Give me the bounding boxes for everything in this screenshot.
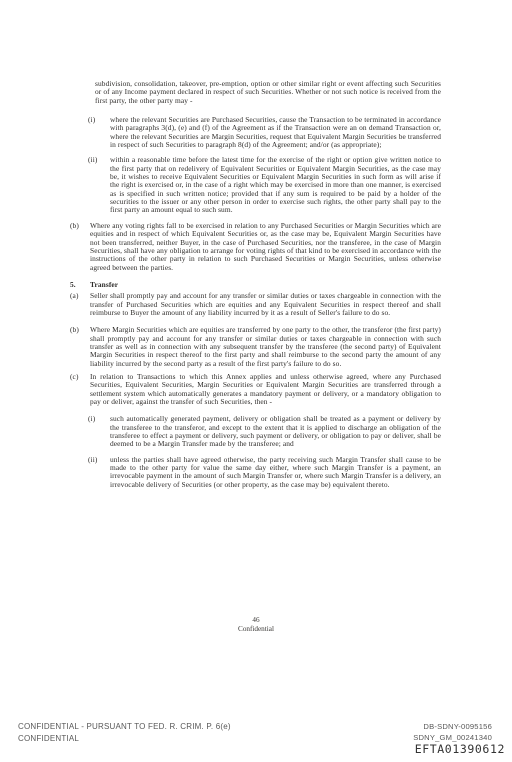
document-body: subdivision, consolidation, takeover, pr… bbox=[70, 80, 441, 496]
item-marker: (c) bbox=[70, 373, 79, 381]
clause-5-item-c: (c) In relation to Transactions to which… bbox=[70, 373, 441, 406]
item-text: Seller shall promptly pay and account fo… bbox=[90, 291, 441, 317]
clause-5-heading: 5. Transfer bbox=[70, 281, 441, 289]
item-text: Where any voting rights fall to be exerc… bbox=[90, 221, 441, 272]
footer-confidential-line1: CONFIDENTIAL - PURSUANT TO FED. R. CRIM.… bbox=[18, 721, 231, 733]
clause-5-item-b: (b) Where Margin Securities which are eq… bbox=[70, 326, 441, 368]
item-text: such automatically generated payment, de… bbox=[110, 414, 441, 448]
footer-confidential-block: CONFIDENTIAL - PURSUANT TO FED. R. CRIM.… bbox=[18, 721, 231, 744]
page-number: 46 bbox=[0, 616, 512, 625]
item-marker: (ii) bbox=[88, 456, 97, 464]
clause-5-item-a: (a) Seller shall promptly pay and accoun… bbox=[70, 292, 441, 317]
clause-5c-subitem-i: (i) such automatically generated payment… bbox=[70, 415, 441, 448]
section-title: Transfer bbox=[90, 280, 118, 289]
item-marker: (i) bbox=[88, 116, 95, 124]
section-number: 5. bbox=[70, 281, 76, 289]
item-marker: (b) bbox=[70, 222, 79, 230]
clause-5c-subitem-ii: (ii) unless the parties shall have agree… bbox=[70, 456, 441, 489]
item-text: In relation to Transactions to which thi… bbox=[90, 372, 441, 406]
item-marker: (b) bbox=[70, 326, 79, 334]
item-marker: (i) bbox=[88, 415, 95, 423]
item-marker: (ii) bbox=[88, 156, 97, 164]
clause-4-item-b: (b) Where any voting rights fall to be e… bbox=[70, 222, 441, 272]
item-text: unless the parties shall have agreed oth… bbox=[110, 455, 441, 489]
production-stamp: EFTA01390612 bbox=[415, 742, 505, 756]
clause-4-subitem-ii: (ii) within a reasonable time before the… bbox=[70, 156, 441, 214]
item-text: within a reasonable time before the late… bbox=[110, 155, 441, 214]
item-text: Where Margin Securities which are equiti… bbox=[90, 325, 441, 367]
page-footer-block: 46 Confidential bbox=[0, 616, 512, 633]
footer-confidential-line2: CONFIDENTIAL bbox=[18, 733, 231, 745]
clause-4-subitem-i: (i) where the relevant Securities are Pu… bbox=[70, 116, 441, 149]
bates-number-1: DB-SDNY-0095156 bbox=[413, 721, 492, 732]
page-confidential-label: Confidential bbox=[0, 625, 512, 634]
item-text: where the relevant Securities are Purcha… bbox=[110, 115, 441, 149]
intro-paragraph: subdivision, consolidation, takeover, pr… bbox=[95, 80, 441, 105]
item-marker: (a) bbox=[70, 292, 79, 300]
footer-bates-block: DB-SDNY-0095156 SDNY_GM_00241340 bbox=[413, 721, 492, 743]
document-page: subdivision, consolidation, takeover, pr… bbox=[0, 0, 512, 762]
